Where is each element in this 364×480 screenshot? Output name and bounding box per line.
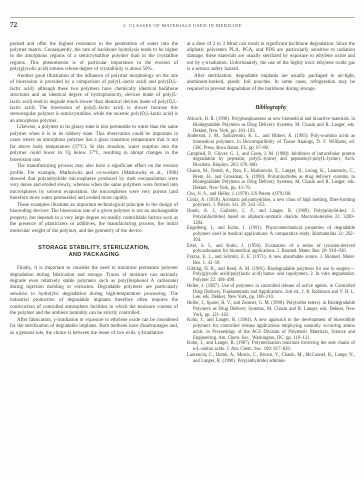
section-heading: STORAGE STABILITY, STERILIZATION, AND PA… [10,245,178,259]
reference-entry: Engelberg, I., and Kohn, J. (1991). Phys… [187,226,355,243]
header-row: 72 2. CLASSES OF MATERIALS USED IN MEDIC… [10,21,355,29]
reference-entry: Ertel, S. I., and Kohn, J. (1994). Evalu… [187,244,355,256]
reference-entry: Laurencin, C., Domb, A., Morris, C., Bro… [187,353,355,365]
reference-entry: Chasin, M., Domb, A., Ron, E., Mathiowit… [187,169,355,192]
reference-entry: Allcock, H. R. (1990). Polyphosphazenes … [187,117,355,134]
reference-entry: Campbell, P., Glover, G. I., and Gunn, J… [187,152,355,169]
paragraph: packed and offer the highest resistance … [10,42,178,74]
two-column-text: packed and offer the highest resistance … [10,42,355,365]
left-column: packed and offer the highest resistance … [10,42,178,365]
reference-entry: Kohn, J., and Langer, R. (1984). A new a… [187,318,355,341]
reference-entry: Kohn, J., and Langer, R. (1987). Polymer… [187,341,355,353]
paragraph: The manufacturing process may also have … [10,164,178,203]
section-heading-line1: STORAGE STABILITY, STERILIZATION, [38,245,150,251]
bibliography-heading: Bibliography [187,105,355,111]
paragraph: Another good illustration of the influen… [10,74,178,126]
running-head: 2. CLASSES OF MATERIALS USED IN MEDICINE [44,23,321,28]
reference-entry: Heller, J. (1987). Use of polymers in co… [187,284,355,301]
paragraph: Likewise, a polymer in its glassy state … [10,125,178,164]
paragraph: After sterilization, degradable implants… [187,74,355,93]
reference-entry: Gilding, D. K., and Reed, A. M. (1981). … [187,267,355,284]
page-header: 72 2. CLASSES OF MATERIALS USED IN MEDIC… [10,17,355,29]
reference-entry: Heller, J., Sparer, R. V., and Zentner, … [187,301,355,318]
reference-entry: Frazza, E. J., and Schmitt, E. E. (1971)… [187,255,355,267]
right-column: at a dose of 2 to 3 Mrad can result in s… [187,42,355,365]
reference-entry: Anderson, J. M., Spilizewski, K. L., and… [187,134,355,151]
section-heading-line2: AND PACKAGING [69,252,120,258]
paragraph: Finally, it is important to consider the… [10,266,178,318]
page-number: 72 [10,21,44,29]
paragraph: These examples illustrate an important t… [10,203,178,235]
paragraph: at a dose of 2 to 3 Mrad can result in s… [187,42,355,74]
header-rule [10,17,355,18]
reference-entry: Domb, A. J., Gallardo, C. F., and Langer… [187,209,355,226]
reference-entry: Conix, A. (1958). Aromatic polyanhydride… [187,198,355,210]
paragraph: After fabrication, γ-irradiation or expo… [10,318,178,337]
book-page: 72 2. CLASSES OF MATERIALS USED IN MEDIC… [0,0,364,480]
